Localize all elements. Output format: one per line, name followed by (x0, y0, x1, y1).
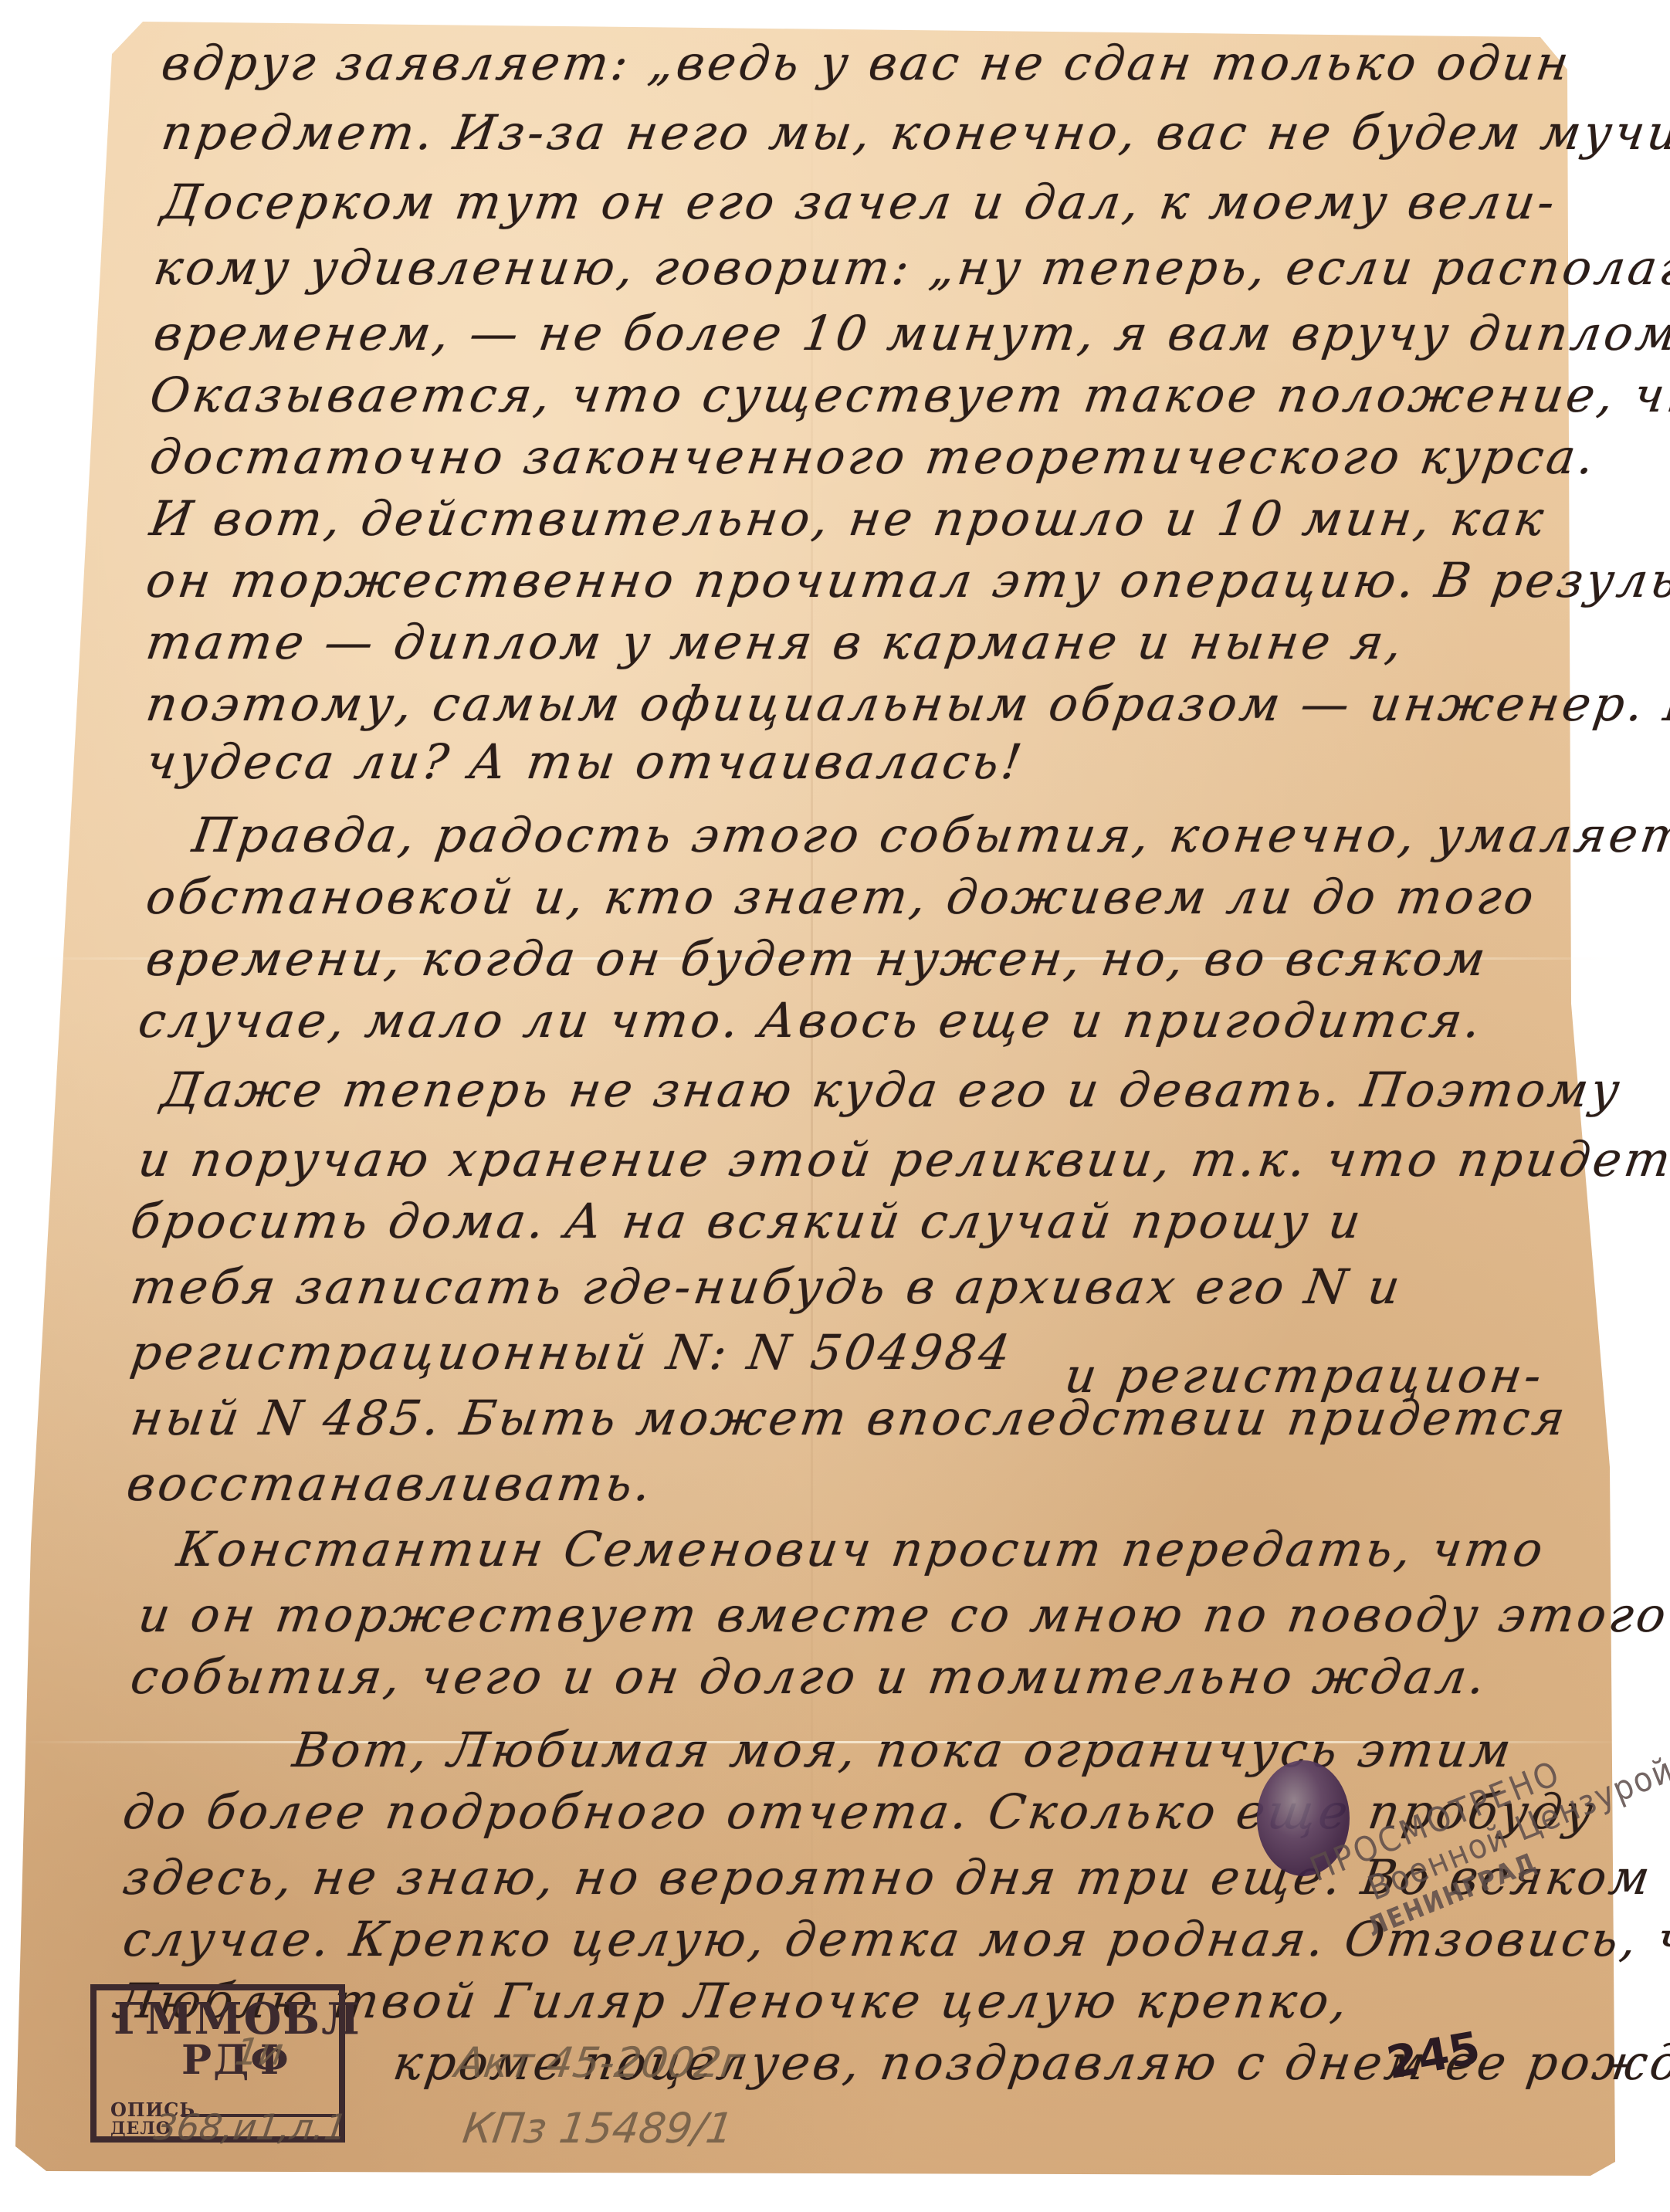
pencil-note-kp: КПз 15489/1 (460, 2104, 737, 2153)
letter-line: достаточно законченного теоретического к… (147, 429, 1601, 485)
letter-line: вдруг заявляет: „ведь у вас не сдан толь… (158, 35, 1575, 91)
letter-line: Оказывается, что существует такое положе… (147, 367, 1670, 423)
letter-line: Досерком тут он его зачел и дал, к моему… (158, 174, 1561, 230)
letter-line: кому удивлению, говорит: „ну теперь, есл… (151, 239, 1670, 296)
archive-delo-value: 368,и1,л.1 (151, 2106, 350, 2148)
letter-line: Вот, Любимая моя, пока ограничусь этим (290, 1722, 1517, 1778)
letter-line: Даже теперь не знаю куда его и девать. П… (158, 1062, 1626, 1118)
letter-line: И вот, действительно, не прошло и 10 мин… (147, 490, 1550, 547)
letter-line: случае, мало ли что. Авось еще и пригоди… (135, 992, 1487, 1048)
letter-line: ный N 485. Быть может впоследствии приде… (127, 1390, 1571, 1446)
letter-line: и он торжествует вместе со мною по повод… (135, 1587, 1670, 1643)
letter-line: обстановкой и, кто знает, доживем ли до … (143, 869, 1540, 925)
letter-line: Константин Семенович просит передать, чт… (174, 1521, 1550, 1577)
letter-line: тате — диплом у меня в кармане и ныне я, (143, 614, 1408, 670)
letter-line: восстанавливать. (124, 1455, 657, 1512)
archive-opis-value: 1и (232, 2031, 286, 2074)
letter-line: поэтому, самым официальным образом — инж… (143, 676, 1670, 732)
letter-line: времени, когда он будет нужен, но, во вс… (143, 930, 1492, 987)
letter-line: и поручаю хранение этой реликвии, т.к. ч… (135, 1131, 1670, 1187)
letter-line: временем, — не более 10 минут, я вам вру… (151, 305, 1670, 361)
pencil-note-act: Акт 45-2002г (452, 2038, 747, 2087)
letter-line: чудеса ли? А ты отчаивалась! (143, 733, 1028, 790)
letter-line: события, чего и он долго и томительно жд… (127, 1648, 1492, 1705)
letter-line: случае. Крепко целую, детка моя родная. … (120, 1911, 1670, 1967)
letter-line: он торжественно прочитал эту операцию. В… (143, 552, 1670, 608)
letter-line: бросить дома. А на всякий случай прошу и (127, 1193, 1367, 1249)
letter-line: предмет. Из-за него мы, конечно, вас не … (158, 104, 1670, 161)
letter-line: тебя записать где-нибудь в архивах его N… (127, 1258, 1407, 1315)
letter-line: Правда, радость этого события, конечно, … (189, 807, 1670, 863)
letter-line: регистрационный N: N 504984 (127, 1324, 1017, 1380)
